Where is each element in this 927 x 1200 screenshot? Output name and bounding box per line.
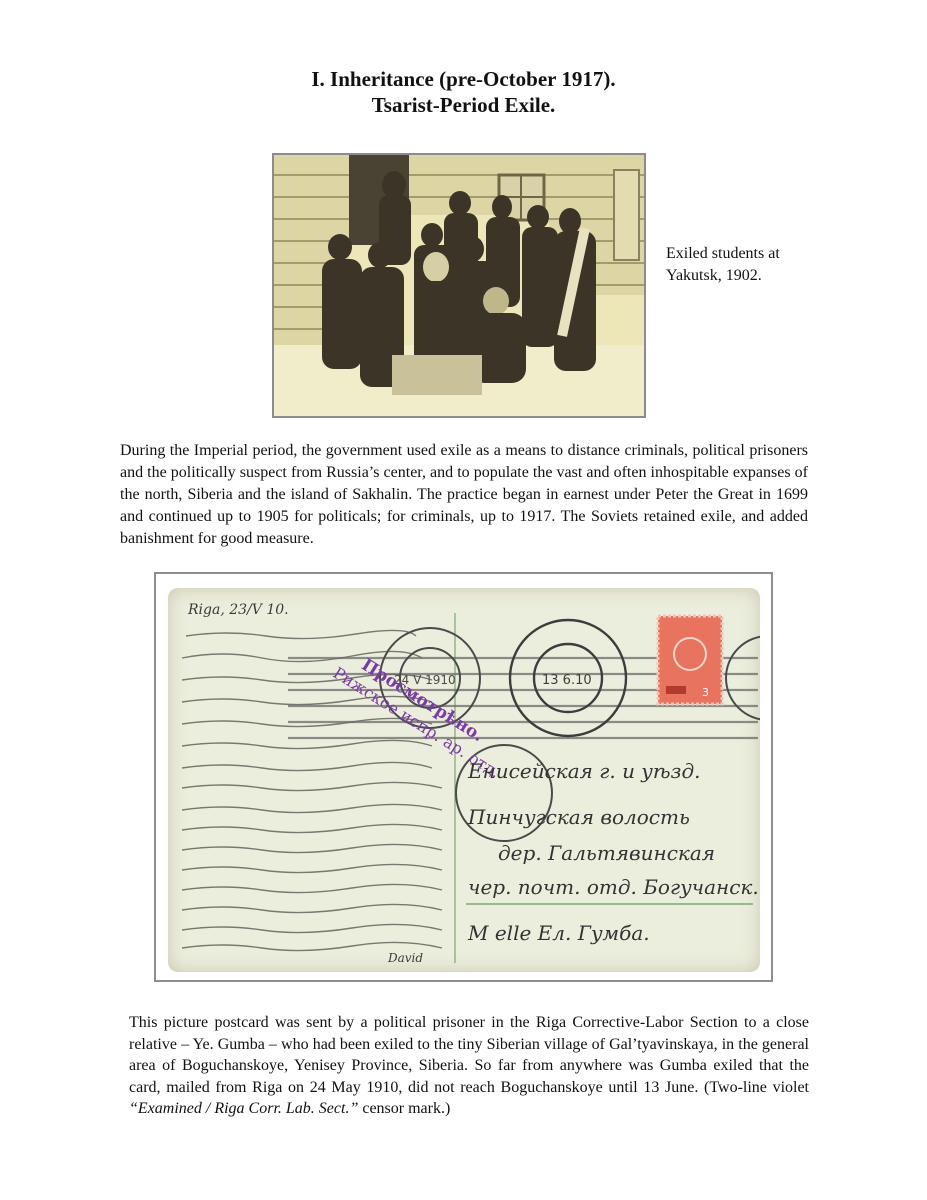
postcard-address: Енисейская г. и уѣзд. Пинчугская волость… <box>467 759 759 945</box>
photo-caption: Exiled students at Yakutsk, 1902. <box>666 243 836 287</box>
postcard-date-header: Riga, 23/V 10. <box>187 602 289 618</box>
exiled-students-photo <box>272 153 646 418</box>
svg-text:13 6.10: 13 6.10 <box>542 673 592 688</box>
postcard-illustration: Riga, 23/V 10. 24 V 1910 <box>168 588 760 972</box>
svg-text:3: 3 <box>702 686 709 699</box>
postcard-frame: Riga, 23/V 10. 24 V 1910 <box>154 572 773 982</box>
svg-text:дер. Гальтявинская: дер. Гальтявинская <box>498 841 715 865</box>
svg-text:M elle Ел. Гумба.: M elle Ел. Гумба. <box>467 921 650 945</box>
intro-paragraph: During the Imperial period, the governme… <box>120 440 808 550</box>
description-text-before: This picture postcard was sent by a poli… <box>129 1014 809 1096</box>
svg-text:Пинчугская волость: Пинчугская волость <box>467 805 690 829</box>
group-photo-illustration <box>274 155 644 416</box>
postcard-description: This picture postcard was sent by a poli… <box>129 1012 809 1120</box>
postcard-image: Riga, 23/V 10. 24 V 1910 <box>168 588 760 972</box>
svg-text:Енисейская г. и уѣзд.: Енисейская г. и уѣзд. <box>467 759 701 783</box>
description-italic-quote: “Examined / Riga Corr. Lab. Sect.” <box>129 1100 358 1117</box>
title-line-2: Tsarist-Period Exile. <box>0 92 927 118</box>
imperial-3-kopek-stamp: 3 <box>658 616 722 704</box>
boguchanskoye-postmark: 13 6.10 <box>510 620 626 736</box>
description-text-after: censor mark.) <box>358 1100 450 1117</box>
signature: David <box>387 951 423 965</box>
title-line-1: I. Inheritance (pre-October 1917). <box>0 66 927 92</box>
svg-text:чер. почт. отд. Богучанск.: чер. почт. отд. Богучанск. <box>468 875 759 899</box>
page-title: I. Inheritance (pre-October 1917). Tsari… <box>0 66 927 118</box>
